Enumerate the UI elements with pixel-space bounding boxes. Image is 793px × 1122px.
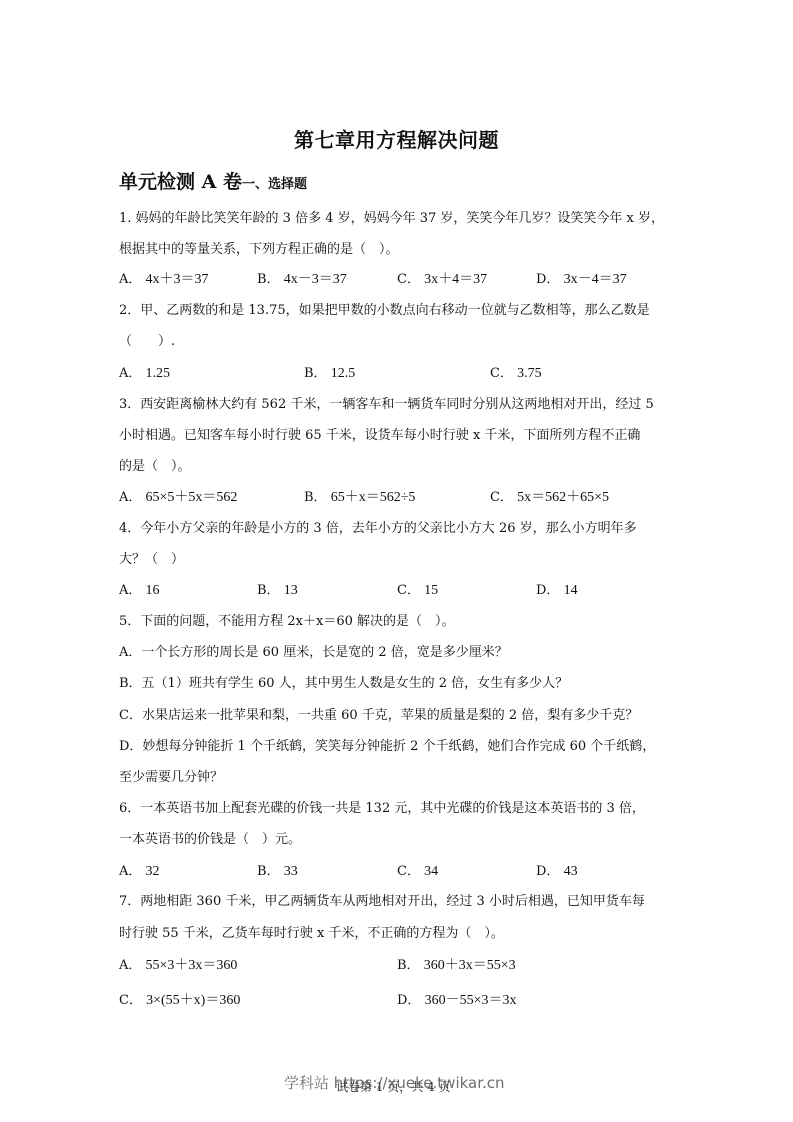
question-4-line-1: 4．今年小方父亲的年龄是小方的 3 倍，去年小方的父亲比小方大 26 岁，那么小…: [119, 521, 637, 537]
question-4-line-2: 大？（ ）: [119, 552, 184, 568]
section-heading: 一、选择题: [242, 177, 307, 192]
question-6-option-b: B． 33: [257, 864, 298, 880]
question-1-option-b: B． 4x－3＝37: [257, 272, 347, 288]
exam-page: 第七章用方程解决问题 单元检测 A 卷一、选择题 1. 妈妈的年龄比笑笑年龄的 …: [0, 0, 793, 1122]
question-5-line-1: 5．下面的问题，不能用方程 2x＋x＝60 解决的是（ ）。: [119, 614, 455, 630]
question-3-option-b: B． 65＋x＝562÷5: [304, 490, 415, 506]
question-4-option-d: D． 14: [536, 583, 578, 599]
question-5-option-a: A．一个长方形的周长是 60 厘米，长是宽的 2 倍，宽是多少厘米？: [119, 645, 508, 661]
question-5-option-d-cont: 至少需要几分钟？: [119, 770, 223, 786]
unit-title: 单元检测 A 卷: [119, 171, 242, 193]
question-5-option-d: D．妙想每分钟能折 1 个千纸鹤，笑笑每分钟能折 2 个千纸鹤，她们合作完成 6…: [119, 739, 655, 755]
question-3-line-3: 的是（ ）。: [119, 459, 191, 475]
question-4-option-a: A． 16: [119, 583, 160, 599]
question-6-option-a: A． 32: [119, 864, 160, 880]
watermark-text: 学科站 https://xueke.twikar.cn: [284, 1072, 505, 1093]
document-title: 第七章用方程解决问题: [0, 124, 793, 153]
question-7-option-b: B． 360＋3x＝55×3: [397, 958, 516, 974]
unit-heading: 单元检测 A 卷一、选择题: [119, 167, 307, 194]
question-6-option-c: C． 34: [397, 864, 438, 880]
question-2-option-a: A． 1.25: [119, 366, 170, 382]
question-7-option-d: D． 360－55×3＝3x: [397, 993, 516, 1009]
question-1-line-2: 根据其中的等量关系，下列方程正确的是（ ）。: [119, 242, 399, 258]
question-2-option-c: C． 3.75: [490, 366, 542, 382]
question-6-line-2: 一本英语书的价钱是（ ）元。: [119, 832, 301, 848]
question-6-option-d: D． 43: [536, 864, 578, 880]
question-1-option-d: D． 3x－4＝37: [536, 272, 627, 288]
question-1-option-a: A． 4x＋3＝37: [119, 272, 209, 288]
question-7-line-2: 时行驶 55 千米，乙货车每时行驶 x 千米，不正确的方程为（ ）。: [119, 926, 504, 942]
question-7-option-c: C． 3×(55＋x)＝360: [119, 993, 240, 1009]
question-3-line-1: 3．西安距离榆林大约有 562 千米，一辆客车和一辆货车同时分别从这两地相对开出…: [119, 397, 654, 413]
question-7-line-1: 7．两地相距 360 千米，甲乙两辆货车从两地相对开出，经过 3 小时后相遇，已…: [119, 894, 645, 910]
question-3-option-a: A． 65×5＋5x＝562: [119, 490, 237, 506]
question-1-line-1: 1. 妈妈的年龄比笑笑年龄的 3 倍多 4 岁，妈妈今年 37 岁，笑笑今年几岁…: [119, 211, 664, 227]
question-5-option-b: B．五（1）班共有学生 60 人，其中男生人数是女生的 2 倍，女生有多少人？: [119, 676, 568, 692]
question-7-option-a: A． 55×3＋3x＝360: [119, 958, 237, 974]
question-2-option-b: B． 12.5: [304, 366, 355, 382]
question-6-line-1: 6．一本英语书加上配套光碟的价钱一共是 132 元，其中光碟的价钱是这本英语书的…: [119, 801, 645, 817]
question-1-option-c: C． 3x＋4＝37: [397, 272, 487, 288]
page-footer: 试卷第 1 页，共 4 页 学科站 https://xueke.twikar.c…: [0, 1072, 793, 1096]
question-2-line-1: 2．甲、乙两数的和是 13.75，如果把甲数的小数点向右移动一位就与乙数相等，那…: [119, 303, 650, 319]
question-2-line-2: （ ）.: [119, 334, 175, 350]
question-5-option-c: C．水果店运来一批苹果和梨，一共重 60 千克，苹果的质量是梨的 2 倍，梨有多…: [119, 708, 638, 724]
question-4-option-c: C． 15: [397, 583, 438, 599]
question-4-option-b: B． 13: [257, 583, 298, 599]
question-3-line-2: 小时相遇。已知客车每小时行驶 65 千米，设货车每小时行驶 x 千米，下面所列方…: [119, 428, 640, 444]
question-3-option-c: C． 5x＝562＋65×5: [490, 490, 609, 506]
